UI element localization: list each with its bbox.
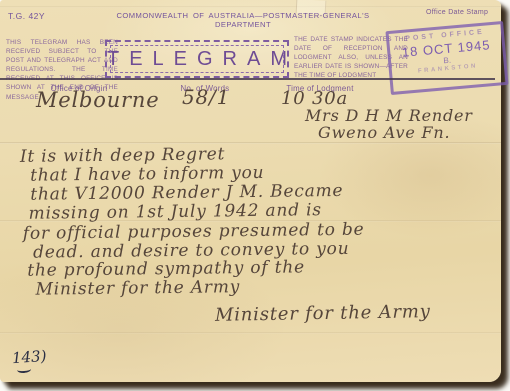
annotation-underline	[17, 366, 31, 374]
no-of-words-value: 58/1	[182, 85, 230, 109]
office-date-stamp-label: Office Date Stamp	[426, 9, 506, 16]
office-date-stamp: POST OFFICE 18 OCT 1945 B. FRANKSTON	[385, 21, 508, 95]
form-code: T.G. 42Y	[8, 11, 45, 21]
telegram-title-box: TELEGRAM	[105, 40, 289, 78]
message-line: Minister for the Army	[35, 277, 240, 299]
telegram-paper: T.G. 42Y COMMONWEALTH OF AUSTRALIA—POSTM…	[0, 0, 501, 382]
crease-line	[0, 332, 501, 334]
office-of-origin-value: Melbourne	[36, 88, 159, 112]
addressee-address: Gweno Ave Fn.	[318, 123, 450, 142]
signature: Minister for the Army	[215, 301, 431, 326]
telegram-title: TELEGRAM	[97, 48, 297, 71]
pen-annotation: 143)	[11, 347, 47, 367]
header-divider-rule	[0, 78, 495, 80]
message-body: It is with deep Regret that I have to in…	[0, 0, 501, 3]
department-title: COMMONWEALTH OF AUSTRALIA—POSTMASTER-GEN…	[88, 11, 398, 29]
crease-line	[0, 142, 501, 144]
crease-line	[0, 6, 501, 8]
